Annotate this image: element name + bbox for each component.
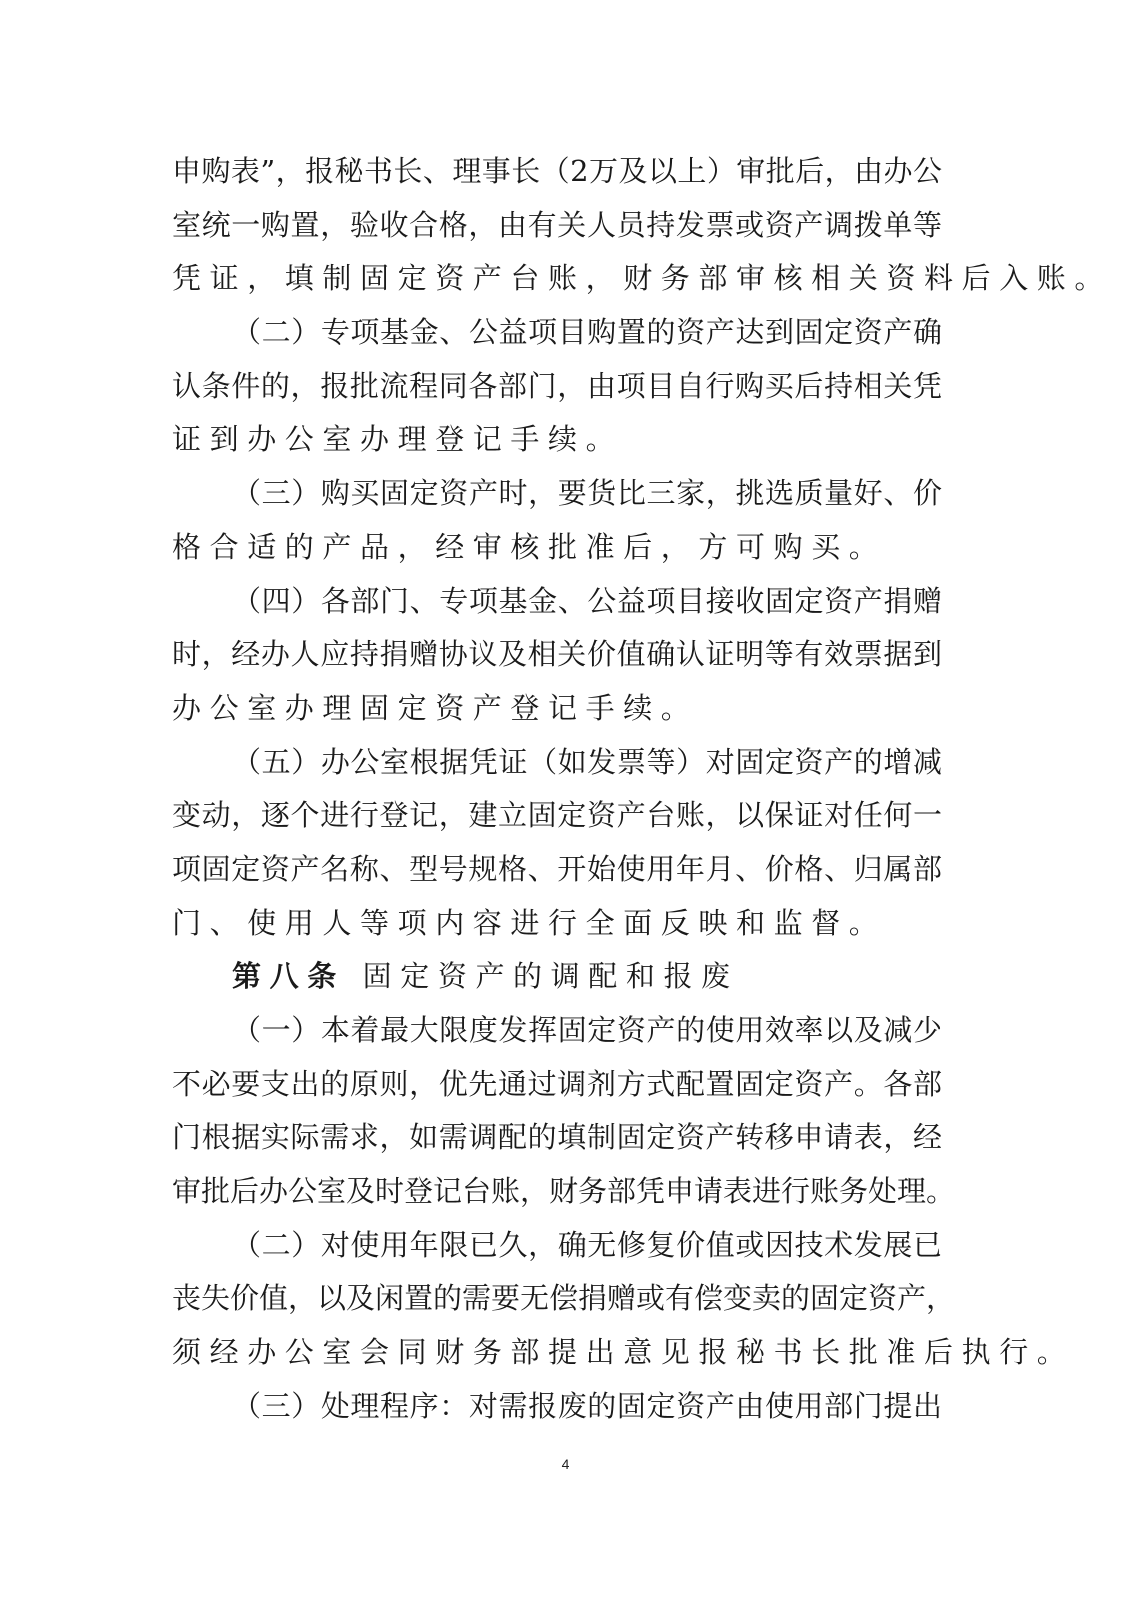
body-text: 申购表”，报秘书长、理事长（2万及以上）审批后，由办公 室统一购置，验收合格，由…	[172, 145, 942, 1434]
text-line: 须经办公室会同财务部提出意见报秘书长批准后执行。	[172, 1326, 942, 1380]
text-line: 格合适的产品，经审核批准后，方可购买。	[172, 521, 942, 575]
paragraph-a8-item-1-first-line: （一）本着最大限度发挥固定资产的使用效率以及减少	[172, 1004, 942, 1058]
document-page: 申购表”，报秘书长、理事长（2万及以上）审批后，由办公 室统一购置，验收合格，由…	[0, 0, 1131, 1600]
text-line: 证到办公室办理登记手续。	[172, 413, 942, 467]
article-title: 固定资产的调配和报废	[363, 959, 739, 993]
text-line: 办公室办理固定资产登记手续。	[172, 682, 942, 736]
paragraph-a8-item-2-first-line: （二）对使用年限已久，确无修复价值或因技术发展已	[172, 1219, 942, 1273]
text-line: 变动，逐个进行登记，建立固定资产台账，以保证对任何一	[172, 789, 942, 843]
text-line: 门根据实际需求，如需调配的填制固定资产转移申请表，经	[172, 1111, 942, 1165]
text-line: 认条件的，报批流程同各部门，由项目自行购买后持相关凭	[172, 360, 942, 414]
text-line: 丧失价值，以及闲置的需要无偿捐赠或有偿变卖的固定资产，	[172, 1272, 942, 1326]
text-line: 时，经办人应持捐赠协议及相关价值确认证明等有效票据到	[172, 628, 942, 682]
paragraph-item-5-first-line: （五）办公室根据凭证（如发票等）对固定资产的增减	[172, 736, 942, 790]
paragraph-item-2-first-line: （二）专项基金、公益项目购置的资产达到固定资产确	[172, 306, 942, 360]
page-number: 4	[0, 1456, 1131, 1472]
text-line: 门、使用人等项内容进行全面反映和监督。	[172, 897, 942, 951]
text-line: 审批后办公室及时登记台账，财务部凭申请表进行账务处理。	[172, 1165, 942, 1219]
text-line: 申购表”，报秘书长、理事长（2万及以上）审批后，由办公	[172, 145, 942, 199]
text-line: 凭证，填制固定资产台账，财务部审核相关资料后入账。	[172, 252, 942, 306]
text-line: 项固定资产名称、型号规格、开始使用年月、价格、归属部	[172, 843, 942, 897]
paragraph-item-3-first-line: （三）购买固定资产时，要货比三家，挑选质量好、价	[172, 467, 942, 521]
text-line: 不必要支出的原则，优先通过调剂方式配置固定资产。各部	[172, 1058, 942, 1112]
article-label: 第八条	[232, 959, 345, 993]
text-line: 室统一购置，验收合格，由有关人员持发票或资产调拨单等	[172, 199, 942, 253]
article-8-heading: 第八条 固定资产的调配和报废	[172, 950, 942, 1004]
paragraph-item-4-first-line: （四）各部门、专项基金、公益项目接收固定资产捐赠	[172, 575, 942, 629]
paragraph-a8-item-3-first-line: （三）处理程序：对需报废的固定资产由使用部门提出	[172, 1380, 942, 1434]
